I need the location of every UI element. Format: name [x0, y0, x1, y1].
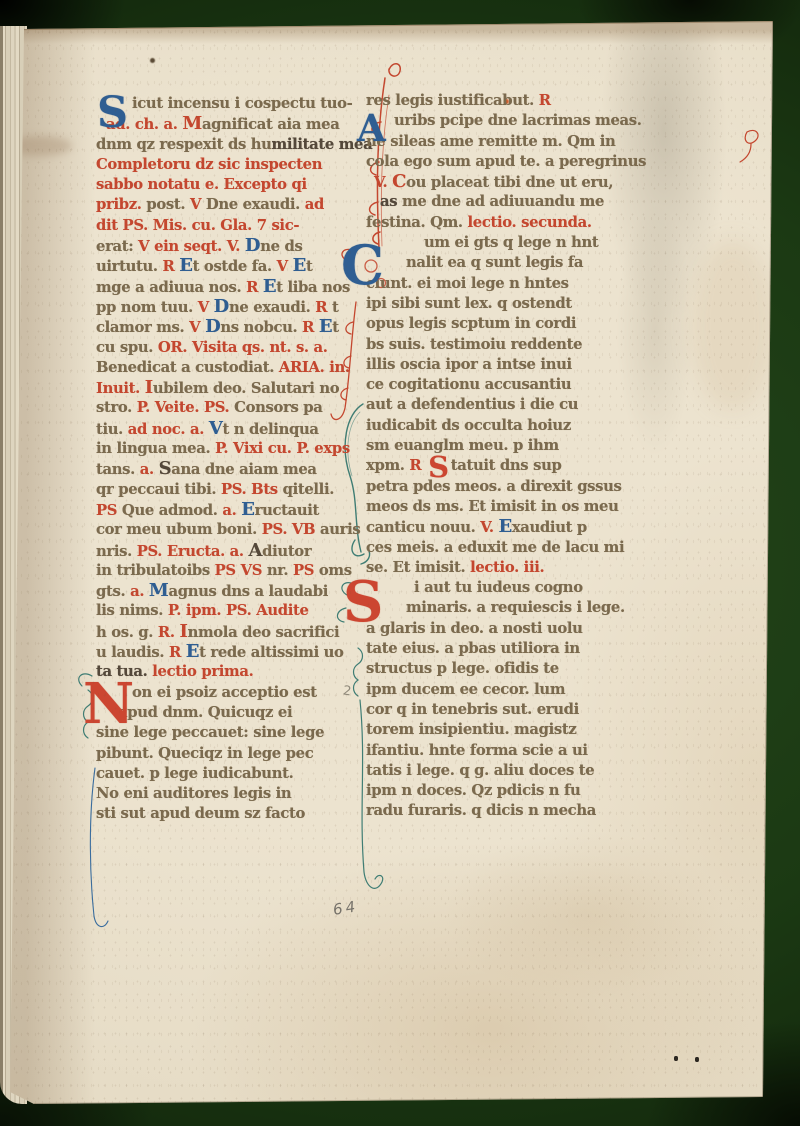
- text-segment: a.: [140, 461, 159, 478]
- text-segment: gts.: [96, 583, 130, 600]
- text-line: ipi sibi sunt lex. q ostendt: [366, 294, 658, 314]
- text-segment: ou placeat tibi dne ut eru,: [406, 174, 613, 191]
- text-segment: Inuit.: [96, 380, 145, 397]
- text-segment: meos ds ms. Et imisit in os meu: [366, 498, 619, 515]
- text-segment: pribz.: [96, 196, 146, 213]
- text-segment: ciunt. ei moi lege n hntes: [366, 275, 569, 292]
- text-segment: as: [380, 193, 402, 210]
- text-line: petra pdes meos. a direxit gssus: [366, 477, 658, 497]
- text-segment: i aut tu iudeus cogno: [414, 579, 583, 596]
- text-line: pibunt. Queciqz in lege pec: [96, 744, 368, 764]
- text-segment: post.: [146, 196, 190, 213]
- text-segment: opus legis scptum in cordi: [366, 315, 576, 332]
- text-line: aut a defendentius i die cu: [366, 395, 658, 415]
- text-segment: R: [169, 644, 186, 661]
- text-line: in lingua mea. P. Vixi cu. P. exps: [96, 439, 368, 459]
- text-segment: V: [189, 319, 205, 336]
- text-segment: ne exaudi.: [229, 299, 315, 316]
- text-segment: ipm ducem ee cecor. lum: [366, 681, 565, 698]
- text-segment: in lingua mea.: [96, 440, 215, 457]
- text-segment: t n delinqua: [222, 421, 318, 438]
- text-line: a glaris in deo. a nosti uolu: [366, 619, 658, 639]
- text-segment: V.: [480, 519, 498, 536]
- text-segment: tans.: [96, 461, 140, 478]
- text-segment: dit PS. Mis. cu. Gla. 7 sic-: [96, 217, 299, 234]
- text-segment: E: [263, 276, 276, 297]
- text-segment: P. Veite. PS.: [137, 399, 234, 416]
- text-segment: V.: [374, 174, 392, 191]
- text-line: ces meis. a eduxit me de lacu mi: [366, 538, 658, 558]
- text-segment: a glaris in deo. a nosti uolu: [366, 620, 583, 637]
- text-line: on ei psoiz acceptio est: [96, 683, 368, 703]
- text-line: bs suis. testimoiu reddente: [366, 335, 658, 355]
- text-segment: um ei gts q lege n hnt: [424, 234, 598, 251]
- text-segment: a.: [222, 502, 241, 519]
- text-line: ne sileas ame remitte m. Qm in: [366, 132, 658, 152]
- text-line: sti sut apud deum sz facto: [96, 804, 368, 824]
- text-segment: R: [409, 457, 426, 474]
- text-segment: se. Et imisit.: [366, 559, 470, 576]
- text-segment: R: [315, 299, 332, 316]
- text-segment: V: [198, 299, 214, 316]
- text-segment: ce cogitationu accusantiu: [366, 376, 571, 393]
- text-line: uribs pcipe dne lacrimas meas.: [366, 111, 658, 131]
- text-segment: No eni auditores legis in: [96, 785, 291, 802]
- text-segment: sine lege peccauet: sine lege: [96, 724, 324, 741]
- text-line: mge a adiuua nos. R Et liba nos: [96, 277, 368, 297]
- text-segment: t ostde fa.: [193, 258, 277, 275]
- text-segment: tatuit dns sup: [451, 457, 562, 474]
- text-segment: ad. ch. a.: [106, 116, 182, 133]
- text-segment: stro.: [96, 399, 137, 416]
- text-segment: E: [241, 499, 254, 520]
- text-segment: M: [182, 113, 202, 134]
- text-line: PS Que admod. a. Eructauit: [96, 500, 368, 520]
- text-segment: qitelli.: [283, 481, 334, 498]
- text-segment: Completoru dz sic inspecten: [96, 156, 322, 173]
- text-segment: PS: [96, 502, 122, 519]
- ink-speck: [674, 1056, 678, 1061]
- text-segment: t: [332, 299, 339, 316]
- text-line: Completoru dz sic inspecten: [96, 155, 368, 175]
- text-segment: xaudiut p: [512, 519, 587, 536]
- text-segment: auris: [320, 521, 360, 538]
- text-segment: res legis iustificabut.: [366, 92, 539, 109]
- text-column-right: res legis iustificabut. Ruribs pcipe dne…: [366, 91, 658, 822]
- text-segment: PS. Eructa. a.: [137, 543, 249, 560]
- text-segment: Consors pa: [234, 399, 322, 416]
- text-line: torem insipientiu. magistz: [366, 720, 658, 740]
- text-line: tatis i lege. q g. aliu doces te: [366, 761, 658, 781]
- text-line: ciunt. ei moi lege n hntes: [366, 274, 658, 294]
- text-line: pribz. post. V Dne exaudi. ad: [96, 195, 368, 215]
- text-line: tate eius. a pbas utiliora in: [366, 639, 658, 659]
- text-segment: pp nom tuu.: [96, 299, 198, 316]
- text-segment: cor q in tenebris sut. erudi: [366, 701, 579, 718]
- text-segment: E: [186, 641, 199, 662]
- text-segment: A: [249, 540, 263, 561]
- text-segment: pibunt. Queciqz in lege pec: [96, 745, 313, 762]
- text-segment: E: [319, 316, 332, 337]
- text-line: sm euanglm meu. p ihm: [366, 436, 658, 456]
- text-segment: uribs pcipe dne lacrimas meas.: [394, 112, 642, 129]
- text-segment: lectio. secunda.: [468, 214, 592, 231]
- text-segment: mge a adiuua nos.: [96, 279, 246, 296]
- text-segment: xpm.: [366, 457, 409, 474]
- text-line: nalit ea q sunt legis fa: [366, 253, 658, 273]
- text-line: tiu. ad noc. a. Vt n delinqua: [96, 419, 368, 439]
- text-segment: festina. Qm.: [366, 214, 468, 231]
- text-segment: erat:: [96, 238, 138, 255]
- text-segment: aut a defendentius i die cu: [366, 396, 578, 413]
- text-segment: Benedicat a custodiat.: [96, 359, 279, 376]
- text-segment: R: [163, 258, 180, 275]
- text-segment: lis nims.: [96, 602, 168, 619]
- text-line: ad. ch. a. Magnificat aia mea: [96, 114, 368, 134]
- text-segment: nr.: [267, 562, 293, 579]
- text-line: cor meu ubum boni. PS. VB auris: [96, 520, 368, 540]
- text-segment: PS: [293, 562, 319, 579]
- text-line: tans. a. Sana dne aiam mea: [96, 459, 368, 479]
- text-segment: tiu.: [96, 421, 128, 438]
- text-line: in tribulatoibs PS VS nr. PS oms: [96, 561, 368, 581]
- text-line: um ei gts q lege n hnt: [366, 233, 658, 253]
- text-segment: diutor: [262, 543, 311, 560]
- text-segment: me dne ad adiuuandu me: [402, 193, 604, 210]
- stain-blot: [690, 240, 775, 410]
- text-line: clamor ms. V Dns nobcu. R Et: [96, 317, 368, 337]
- text-line: No eni auditores legis in: [96, 784, 368, 804]
- text-line: qr peccaui tibi. PS. Bts qitelli.: [96, 480, 368, 500]
- text-line: V. Cou placeat tibi dne ut eru,: [366, 172, 658, 192]
- text-segment: PS. Bts: [221, 481, 283, 498]
- text-segment: R: [246, 279, 263, 296]
- text-segment: nalit ea q sunt legis fa: [406, 254, 583, 271]
- text-line: radu furaris. q dicis n mecha: [366, 801, 658, 821]
- text-line: ta tua. lectio prima.: [96, 662, 368, 682]
- text-segment: I: [179, 621, 187, 642]
- text-segment: radu furaris. q dicis n mecha: [366, 802, 596, 819]
- text-segment: cauet. p lege iudicabunt.: [96, 765, 293, 782]
- text-segment: ana dne aiam mea: [171, 461, 316, 478]
- text-segment: agnus dns a laudabi: [169, 583, 328, 600]
- text-segment: E: [498, 516, 511, 537]
- text-segment: ARIA. in.: [279, 359, 350, 376]
- text-segment: sti sut apud deum sz facto: [96, 805, 305, 822]
- text-segment: apud dnm. Quicuqz ei: [118, 704, 292, 721]
- text-line: opus legis scptum in cordi: [366, 314, 658, 334]
- text-segment: Que admod.: [122, 502, 222, 519]
- text-line: minaris. a requiescis i lege.: [366, 598, 658, 618]
- text-segment: nmola deo sacrifici: [188, 624, 340, 641]
- text-line: apud dnm. Quicuqz ei: [96, 703, 368, 723]
- text-line: uirtutu. R Et ostde fa. V Et: [96, 256, 368, 276]
- text-segment: Dne exaudi.: [206, 196, 305, 213]
- ink-speck: [695, 1057, 699, 1062]
- text-segment: E: [293, 255, 306, 276]
- text-segment: ipi sibi sunt lex. q ostendt: [366, 295, 572, 312]
- text-segment: S: [159, 458, 172, 479]
- text-segment: on ei psoiz acceptio est: [132, 684, 317, 701]
- text-line: ce cogitationu accusantiu: [366, 375, 658, 395]
- text-segment: dnm qz respexit ds hu: [96, 136, 272, 153]
- text-segment: tatis i lege. q g. aliu doces te: [366, 762, 594, 779]
- text-segment: oms: [319, 562, 352, 579]
- text-line: pp nom tuu. V Dne exaudi. R t: [96, 297, 368, 317]
- text-segment: D: [214, 296, 229, 317]
- text-segment: ces meis. a eduxit me de lacu mi: [366, 539, 624, 556]
- text-segment: minaris. a requiescis i lege.: [406, 599, 625, 616]
- text-segment: V: [209, 418, 223, 439]
- text-line: ifantiu. hnte forma scie a ui: [366, 741, 658, 761]
- text-line: as me dne ad adiuuandu me: [366, 192, 658, 212]
- text-line: cola ego sum apud te. a peregrinus: [366, 152, 658, 172]
- text-segment: u laudis.: [96, 644, 169, 661]
- text-line: cauet. p lege iudicabunt.: [96, 764, 368, 784]
- text-segment: clamor ms.: [96, 319, 189, 336]
- text-segment: V: [277, 258, 293, 275]
- text-segment: tate eius. a pbas utiliora in: [366, 640, 580, 657]
- text-segment: ne ds: [260, 238, 302, 255]
- text-segment: ad noc. a.: [128, 421, 209, 438]
- text-segment: ns nobcu.: [220, 319, 302, 336]
- text-segment: nris.: [96, 543, 137, 560]
- text-segment: cor meu ubum boni.: [96, 521, 262, 538]
- text-segment: ta tua.: [96, 663, 152, 680]
- text-segment: PS. VB: [262, 521, 320, 538]
- text-segment: t liba nos: [276, 279, 350, 296]
- text-segment: a.: [130, 583, 149, 600]
- text-segment: lectio. iii.: [470, 559, 544, 576]
- text-segment: cola ego sum apud te. a peregrinus: [366, 153, 646, 170]
- text-line: icut incensu i cospectu tuo-: [96, 94, 368, 114]
- text-segment: I: [145, 377, 153, 398]
- text-line: Inuit. Iubilem deo. Salutari no: [96, 378, 368, 398]
- text-line: festina. Qm. lectio. secunda.: [366, 213, 658, 233]
- text-segment: illis oscia ipor a intse inui: [366, 356, 572, 373]
- text-line: canticu nouu. V. Exaudiut p: [366, 517, 658, 537]
- text-segment: sabbo notatu e. Excepto qi: [96, 176, 307, 193]
- text-segment: t: [332, 319, 339, 336]
- text-segment: petra pdes meos. a direxit gssus: [366, 478, 622, 495]
- text-line: res legis iustificabut. R: [366, 91, 658, 111]
- text-line: sine lege peccauet: sine lege: [96, 723, 368, 743]
- text-segment: C: [392, 171, 406, 192]
- text-segment: M: [149, 580, 169, 601]
- text-segment: qr peccaui tibi.: [96, 481, 221, 498]
- text-line: i aut tu iudeus cogno: [366, 578, 658, 598]
- red-penwork-margin-curl: [740, 130, 758, 162]
- text-line: meos ds ms. Et imisit in os meu: [366, 497, 658, 517]
- text-segment: lectio prima.: [152, 663, 253, 680]
- text-segment: E: [179, 255, 192, 276]
- text-line: iudicabit ds occulta hoiuz: [366, 416, 658, 436]
- text-line: structus p lege. ofidis te: [366, 659, 658, 679]
- text-line: cor q in tenebris sut. erudi: [366, 700, 658, 720]
- text-segment: in tribulatoibs: [96, 562, 215, 579]
- text-segment: V: [190, 196, 206, 213]
- text-segment: bs suis. testimoiu reddente: [366, 336, 582, 353]
- text-segment: iudicabit ds occulta hoiuz: [366, 417, 571, 434]
- text-column-left: icut incensu i cospectu tuo-ad. ch. a. M…: [96, 94, 368, 825]
- text-segment: militate mea: [272, 136, 373, 153]
- text-line: nris. PS. Eructa. a. Adiutor: [96, 541, 368, 561]
- text-segment: icut incensu i cospectu tuo-: [132, 95, 352, 112]
- text-segment: P. ipm. PS. Audite: [168, 602, 309, 619]
- folio-number: 64: [332, 897, 360, 919]
- text-segment: ad: [305, 196, 324, 213]
- text-segment: ubilem deo. Salutari no: [153, 380, 339, 397]
- ink-speck: [150, 58, 155, 63]
- text-line: ipm ducem ee cecor. lum: [366, 680, 658, 700]
- text-line: Benedicat a custodiat. ARIA. in.: [96, 358, 368, 378]
- text-segment: canticu nouu.: [366, 519, 480, 536]
- text-segment: uirtutu.: [96, 258, 163, 275]
- text-segment: PS VS: [215, 562, 267, 579]
- text-line: sabbo notatu e. Excepto qi: [96, 175, 368, 195]
- text-segment: torem insipientiu. magistz: [366, 721, 576, 738]
- manuscript-page: icut incensu i cospectu tuo-ad. ch. a. M…: [0, 0, 800, 1126]
- photo-background: icut incensu i cospectu tuo-ad. ch. a. M…: [0, 0, 800, 1126]
- text-segment: D: [205, 316, 220, 337]
- text-segment: ifantiu. hnte forma scie a ui: [366, 742, 588, 759]
- text-line: xpm. R Statuit dns sup: [366, 456, 658, 476]
- text-segment: cu spu.: [96, 339, 158, 356]
- text-line: stro. P. Veite. PS. Consors pa: [96, 398, 368, 418]
- text-segment: R: [539, 92, 551, 109]
- text-line: u laudis. R Et rede altissimi uo: [96, 642, 368, 662]
- text-line: dit PS. Mis. cu. Gla. 7 sic-: [96, 216, 368, 236]
- text-segment: V ein seqt. V.: [138, 238, 245, 255]
- text-segment: R: [302, 319, 319, 336]
- text-segment: t: [306, 258, 313, 275]
- text-line: cu spu. OR. Visita qs. nt. s. a.: [96, 338, 368, 358]
- text-line: gts. a. Magnus dns a laudabi: [96, 581, 368, 601]
- text-segment: P. Vixi cu. P. exps: [215, 440, 350, 457]
- text-segment: structus p lege. ofidis te: [366, 660, 559, 677]
- text-segment: OR. Visita qs. nt. s. a.: [158, 339, 328, 356]
- text-segment: h os. g.: [96, 624, 158, 641]
- text-segment: ructauit: [255, 502, 319, 519]
- text-segment: agnificat aia mea: [202, 116, 340, 133]
- text-line: ipm n doces. Qz pdicis n fu: [366, 781, 658, 801]
- text-line: h os. g. R. Inmola deo sacrifici: [96, 622, 368, 642]
- text-segment: ne sileas ame remitte m. Qm in: [366, 133, 615, 150]
- text-segment: sm euanglm meu. p ihm: [366, 437, 559, 454]
- text-segment: D: [245, 235, 260, 256]
- text-line: se. Et imisit. lectio. iii.: [366, 558, 658, 578]
- text-line: erat: V ein seqt. V. Dne ds: [96, 236, 368, 256]
- text-line: dnm qz respexit ds humilitate mea: [96, 135, 368, 155]
- text-segment: ipm n doces. Qz pdicis n fu: [366, 782, 580, 799]
- text-line: illis oscia ipor a intse inui: [366, 355, 658, 375]
- text-line: lis nims. P. ipm. PS. Audite: [96, 601, 368, 621]
- text-segment: t rede altissimi uo: [199, 644, 343, 661]
- text-segment: R.: [158, 624, 180, 641]
